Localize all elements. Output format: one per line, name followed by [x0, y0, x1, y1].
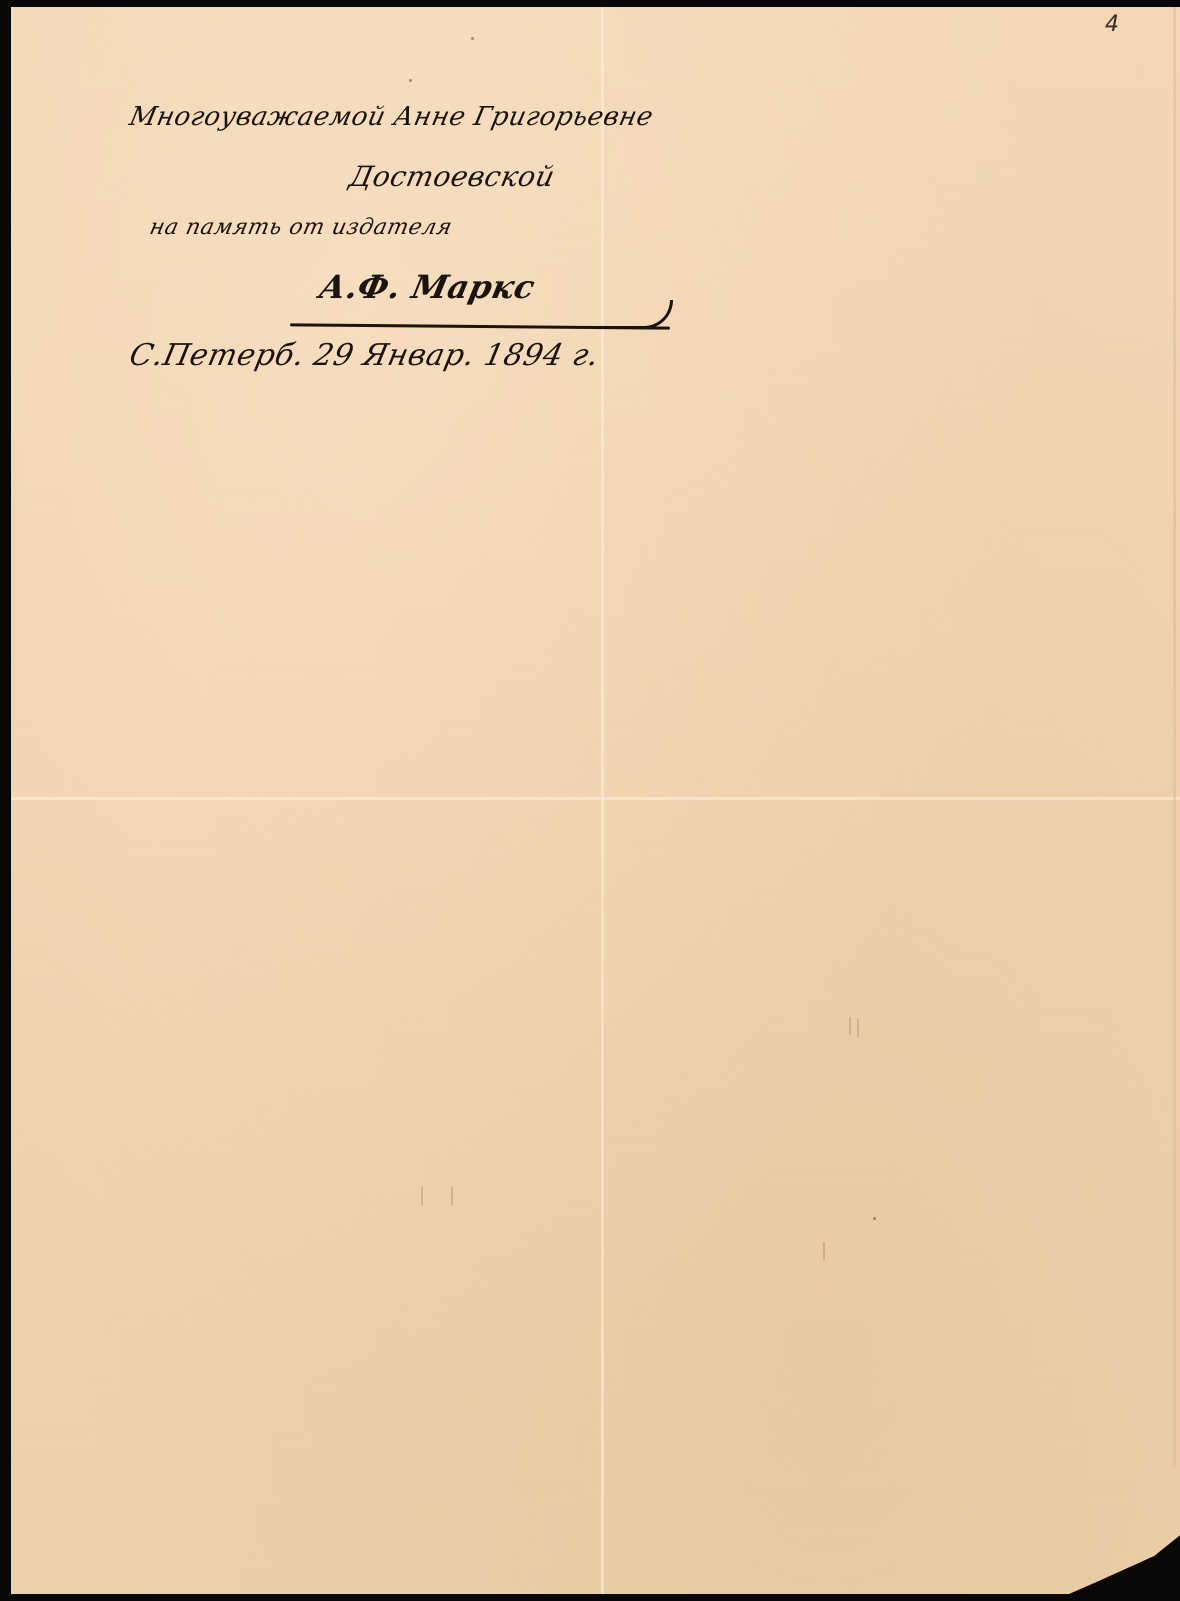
faint-mark	[421, 1187, 423, 1205]
right-edge-discoloration	[1173, 7, 1176, 1467]
paper-speck	[471, 37, 474, 40]
paper-sheet	[11, 7, 1180, 1594]
dedication-line-from: на память от издателя	[147, 215, 454, 240]
dedication-line-surname: Достоевской	[346, 160, 557, 193]
dedication-line-recipient: Многоуважаемой Анне Григорьевне	[127, 102, 656, 132]
signature: А.Ф. Маркс	[316, 268, 539, 306]
place-and-date: С.Петерб. 29 Январ. 1894 г.	[126, 338, 602, 373]
paper-speck	[409, 79, 412, 82]
paper-speck	[873, 1217, 876, 1220]
faint-mark	[849, 1017, 851, 1035]
page-number: 4	[1105, 12, 1119, 37]
horizontal-fold-line	[11, 797, 1180, 800]
faint-mark	[823, 1242, 825, 1260]
vertical-fold-line	[601, 7, 604, 1594]
faint-mark	[451, 1187, 453, 1205]
faint-mark	[857, 1019, 859, 1037]
